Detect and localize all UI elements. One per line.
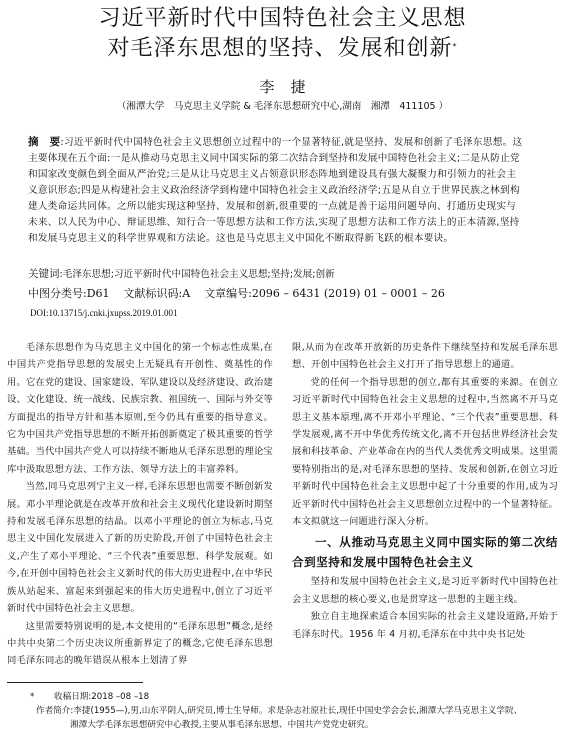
article-no-value: :2096 – 6431 (2019) 01 – 0001 – 26 — [248, 287, 445, 300]
article-title-line-1: 习近平新时代中国特色社会主义思想 — [0, 6, 565, 32]
author-bio-line-1: :李捷(1955—),男,山东平阴人,研究员,博士生导师。求是杂志社原社长,现任… — [70, 706, 522, 716]
clc-label: 中图分类号 — [28, 287, 83, 300]
received-label: 收稿日期 — [54, 692, 88, 702]
title-line-2-text: 对毛泽东思想的坚持、发展和创新 — [107, 36, 452, 61]
doc-code-value: :A — [179, 287, 191, 300]
received-value: :2018 –08 –18 — [88, 692, 149, 702]
footnote-marker: * — [30, 690, 54, 704]
section-heading: 一、从推动马克思主义同中国实际的第二次结合到坚持和发展中国特色社会主义 — [292, 532, 558, 572]
article-title-line-2: 对毛泽东思想的坚持、发展和创新* — [0, 36, 565, 62]
keywords-label: 关键词 — [28, 268, 60, 280]
body-paragraph: 限,从而为在改革开放新的历史条件下继续坚持和发展毛泽东思想、开创中国特色社会主义… — [292, 339, 558, 374]
doi[interactable]: DOI:10.13715/j.cnki.jxupss.2019.01.001 — [30, 308, 540, 318]
author-bio-label: 作者简介 — [36, 706, 70, 716]
footnote-author-bio-continued: 湘潭大学毛泽东思想研究中心教授,主要从事毛泽东思想、中国共产党党史研究。 — [70, 718, 565, 732]
title-footnote-mark: * — [453, 42, 458, 51]
keywords: 关键词:毛泽东思想;习近平新时代中国特色社会主义思想;坚持;发展;创新 — [28, 266, 538, 281]
footnote-author-bio: 作者简介:李捷(1955—),男,山东平阴人,研究员,博士生导师。求是杂志社原社… — [36, 704, 565, 718]
article-no-label: 文章编号 — [204, 287, 248, 300]
body-paragraph: 当然,同马克思列宁主义一样,毛泽东思想也需要不断创新发展。邓小平理论就是在改革开… — [7, 478, 273, 617]
clc-value: :D61 — [83, 287, 110, 300]
abstract: 摘 要:习近平新时代中国特色社会主义思想创立过程中的一个显著特征,就是坚持、发展… — [28, 134, 525, 247]
author-affiliation: （湘潭大学 马克思主义学院 & 毛泽东思想研究中心,湖南 湘潭 411105 ） — [0, 98, 565, 112]
keywords-text: :毛泽东思想;习近平新时代中国特色社会主义思想;坚持;发展;创新 — [60, 269, 335, 280]
body-paragraph: 毛泽东思想作为马克思主义中国化的第一个标志性成果,在中国共产党指导思想的发展史上… — [7, 339, 273, 478]
doc-code-label: 文献标识码 — [124, 287, 179, 300]
body-column-left: 毛泽东思想作为马克思主义中国化的第一个标志性成果,在中国共产党指导思想的发展史上… — [7, 339, 273, 670]
body-column-right: 限,从而为在改革开放新的历史条件下继续坚持和发展毛泽东思想、开创中国特色社会主义… — [292, 339, 558, 643]
footnote-received: *收稿日期:2018 –08 –18 — [30, 690, 560, 704]
author-name: 李捷 — [0, 76, 565, 97]
classification-line: 中图分类号:D61 文献标识码:A 文章编号:2096 – 6431 (2019… — [28, 285, 538, 301]
abstract-label: 摘 要 — [28, 136, 60, 148]
footnote-divider — [7, 682, 143, 683]
body-paragraph: 坚持和发展中国特色社会主义,是习近平新时代中国特色社会主义思想的核心要义,也是贯… — [292, 573, 558, 608]
abstract-text: :习近平新时代中国特色社会主义思想创立过程中的一个显著特征,就是坚持、发展和创新… — [28, 137, 522, 244]
body-paragraph: 党的任何一个指导思想的创立,都有其重要的来源。在创立习近平新时代中国特色社会主义… — [292, 374, 558, 531]
body-paragraph: 这里需要特别说明的是,本文使用的“毛泽东思想”概念,是经中共中央第二个历史决议所… — [7, 618, 273, 670]
body-paragraph: 独立自主地探索适合本国实际的社会主义建设道路,开始于毛泽东时代。1956 年 4… — [292, 608, 558, 643]
